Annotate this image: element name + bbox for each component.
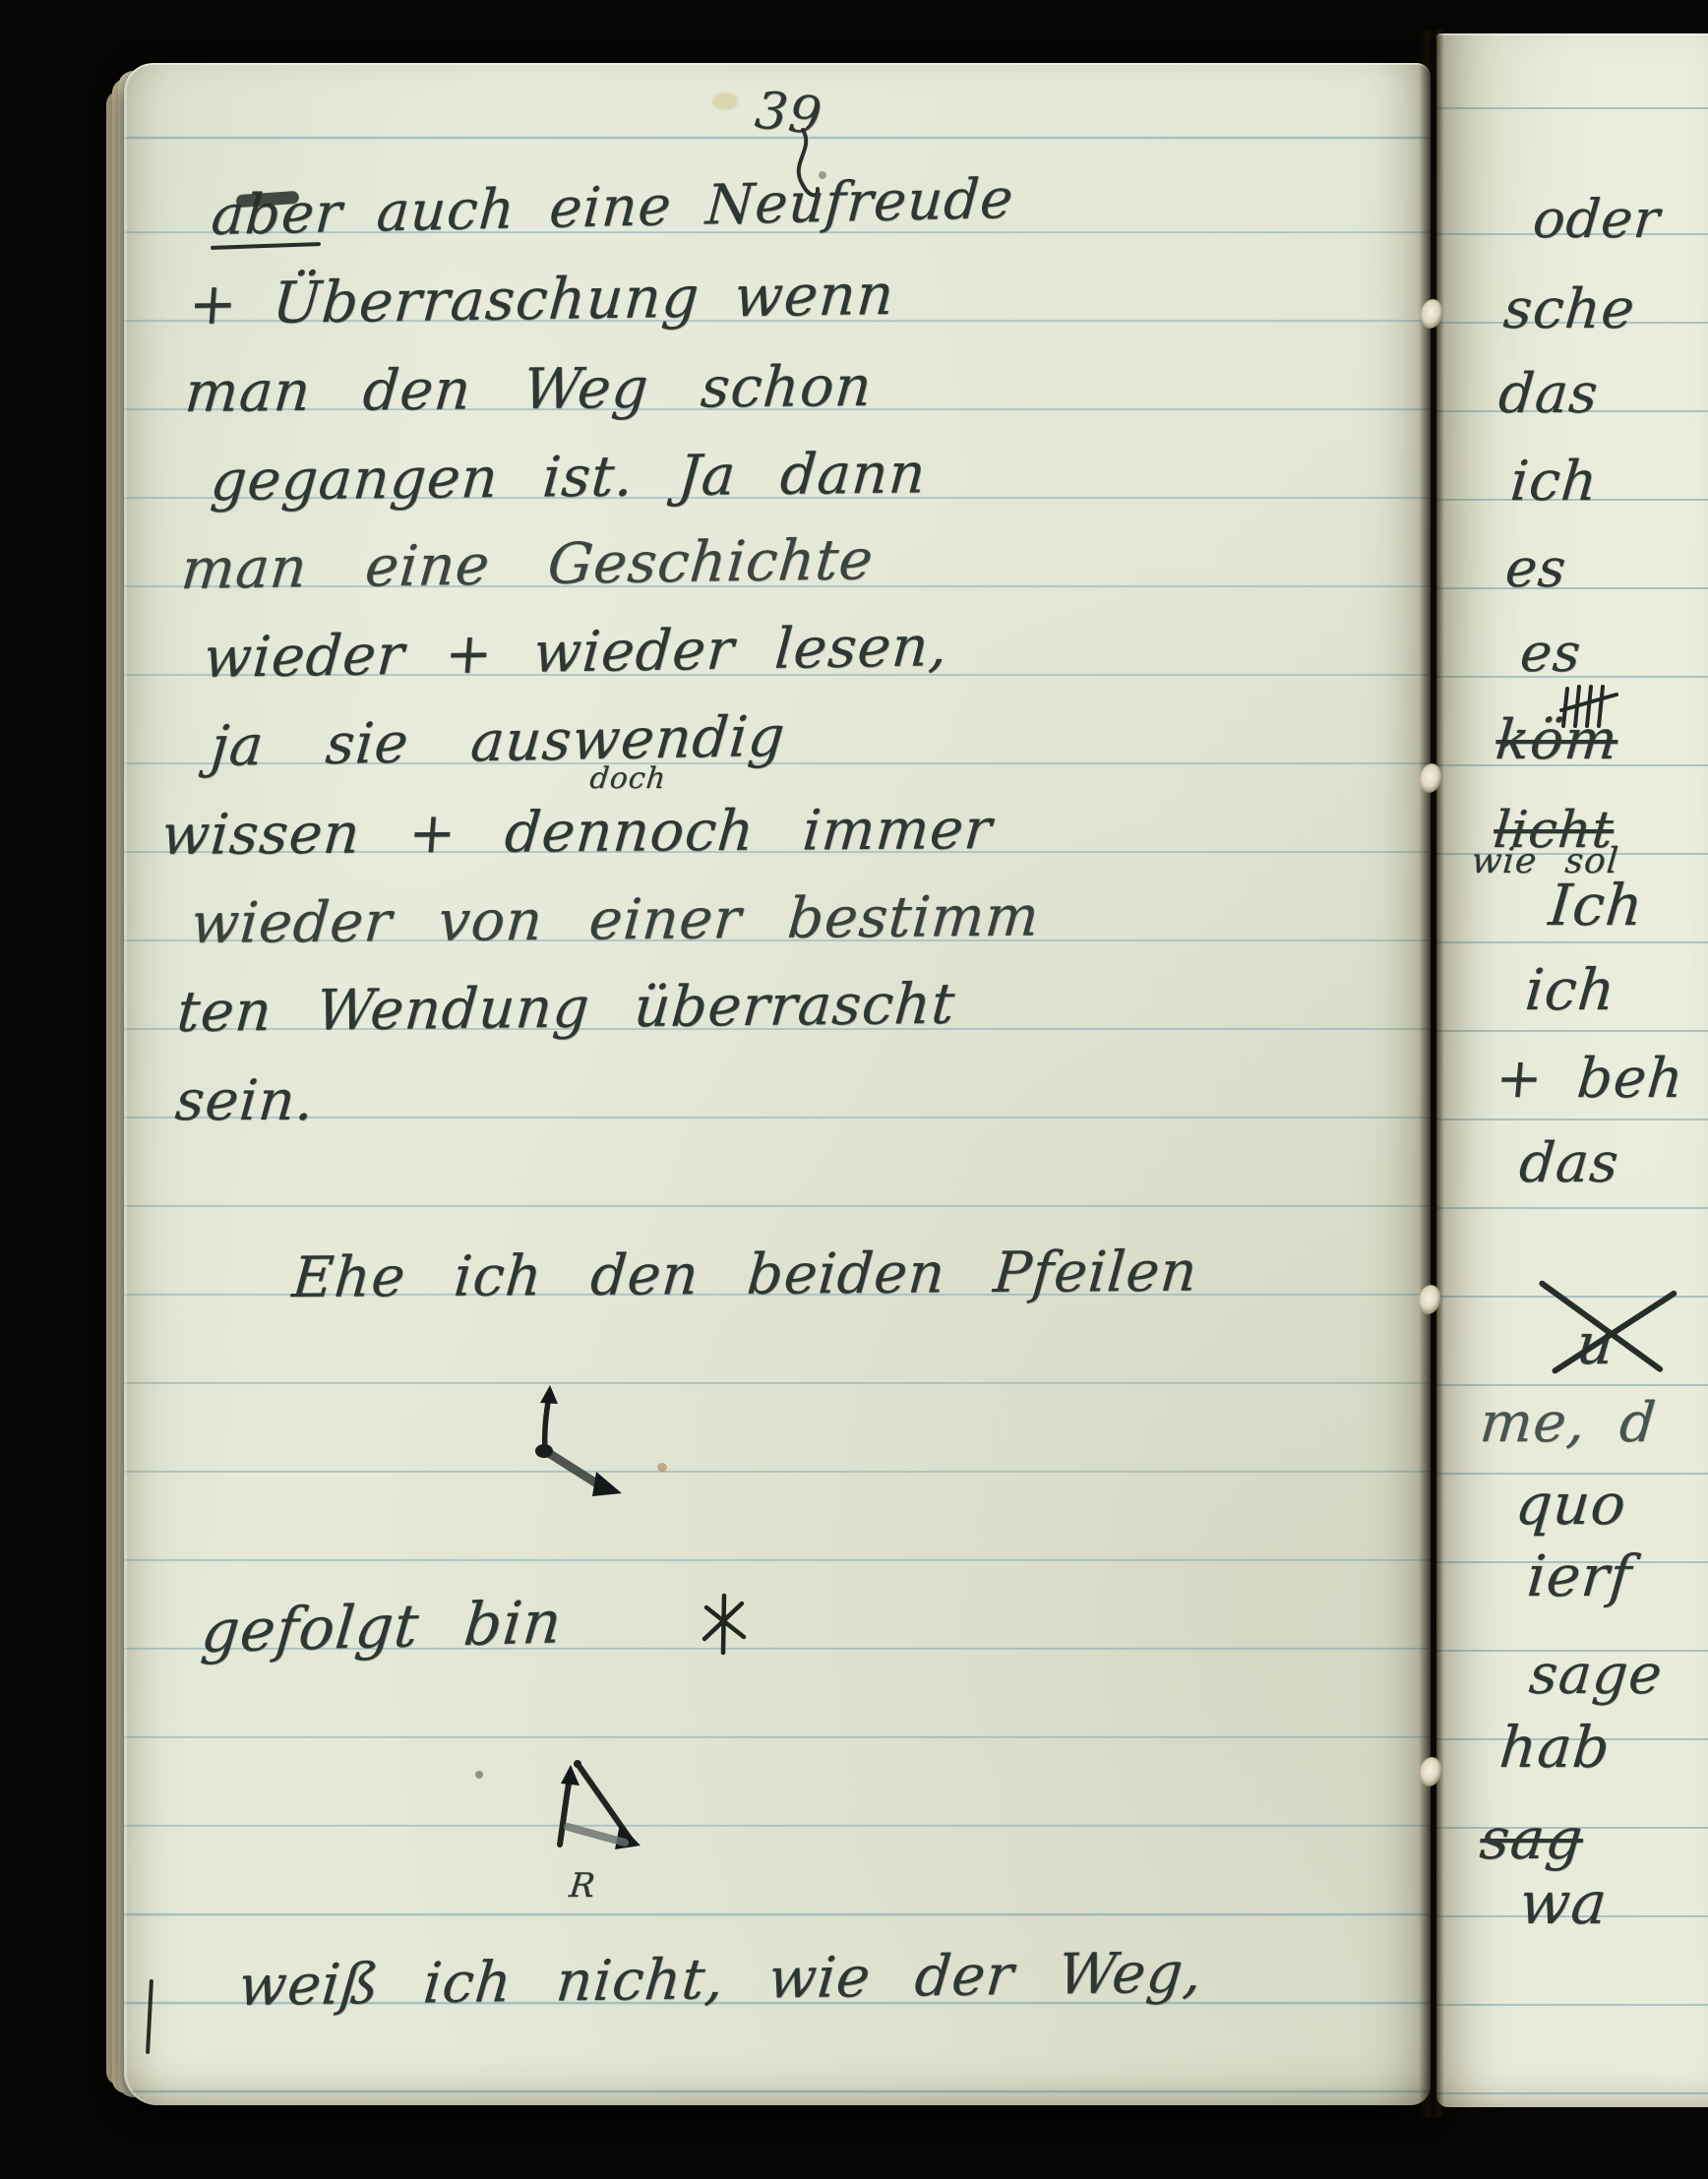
handwriting-fragment: sche	[1501, 282, 1637, 337]
handwriting-fragment: Ich	[1547, 877, 1646, 934]
handwriting-line: ja sie auswendig	[209, 709, 787, 775]
handwriting-fragment-struck: köm	[1494, 713, 1620, 768]
handwriting-fragment: wa	[1517, 1874, 1610, 1933]
handwriting-fragment: es	[1518, 627, 1583, 680]
notebook-scan: 39 aber auch eine Neufreude + Überraschu…	[0, 0, 1708, 2179]
handwriting-fragment: ich	[1508, 454, 1600, 510]
inserted-word: doch	[588, 764, 668, 794]
handwriting-fragment: ierf	[1525, 1547, 1634, 1604]
handwriting-line: man den Weg schon	[183, 359, 875, 421]
handwriting-line: gefolgt bin	[199, 1593, 565, 1662]
handwriting-line: sein.	[173, 1073, 317, 1129]
stray-stroke	[146, 1979, 153, 2054]
handwriting-line: gegangen ist. Ja dann	[209, 446, 928, 510]
paper-speck	[712, 92, 738, 110]
handwriting-line: wissen + dennoch immer	[159, 802, 995, 864]
handwriting-fragment: me, d	[1478, 1396, 1659, 1451]
paper-speck	[819, 171, 826, 179]
left-page: 39 aber auch eine Neufreude + Überraschu…	[124, 63, 1431, 2105]
handwriting-line: + Überraschung wenn	[187, 266, 896, 333]
paper-speck	[475, 1771, 483, 1779]
handwriting-line: weiß ich nicht, wie der Weg,	[236, 1945, 1204, 2015]
handwriting-fragment-struck: sag	[1478, 1810, 1586, 1867]
handwriting-fragment: sage	[1527, 1648, 1665, 1703]
handwriting-fragment: ich	[1523, 961, 1617, 1018]
arrow-figure-1	[512, 1385, 630, 1508]
handwriting-line: wieder von einer bestimm	[189, 888, 1042, 952]
handwriting-fragment: + beh	[1494, 1052, 1686, 1107]
figure-label: R	[568, 1869, 597, 1903]
right-page: oder sche das ich es es köm licht wie so…	[1436, 33, 1708, 2107]
handwriting-line: ten Wendung überrascht	[175, 977, 957, 1041]
asterisk-mark	[701, 1594, 748, 1659]
handwriting-line: wieder + wieder lesen,	[202, 619, 949, 687]
handwriting-fragment: quo	[1513, 1476, 1628, 1533]
handwriting-fragment: es	[1503, 542, 1568, 595]
handwriting-fragment: das	[1517, 1136, 1621, 1191]
handwriting-fragment: oder	[1531, 193, 1663, 246]
paper-speck	[657, 1463, 667, 1472]
handwriting-line: man eine Geschichte	[179, 532, 876, 598]
handwriting-line: Ehe ich den beiden Pfeilen	[290, 1244, 1199, 1306]
handwriting-fragment: hab	[1497, 1719, 1613, 1776]
handwriting-fragment: das	[1496, 367, 1601, 422]
handwriting-line: aber auch eine Neufreude	[210, 172, 1015, 244]
gutter-crease	[1419, 30, 1444, 2117]
